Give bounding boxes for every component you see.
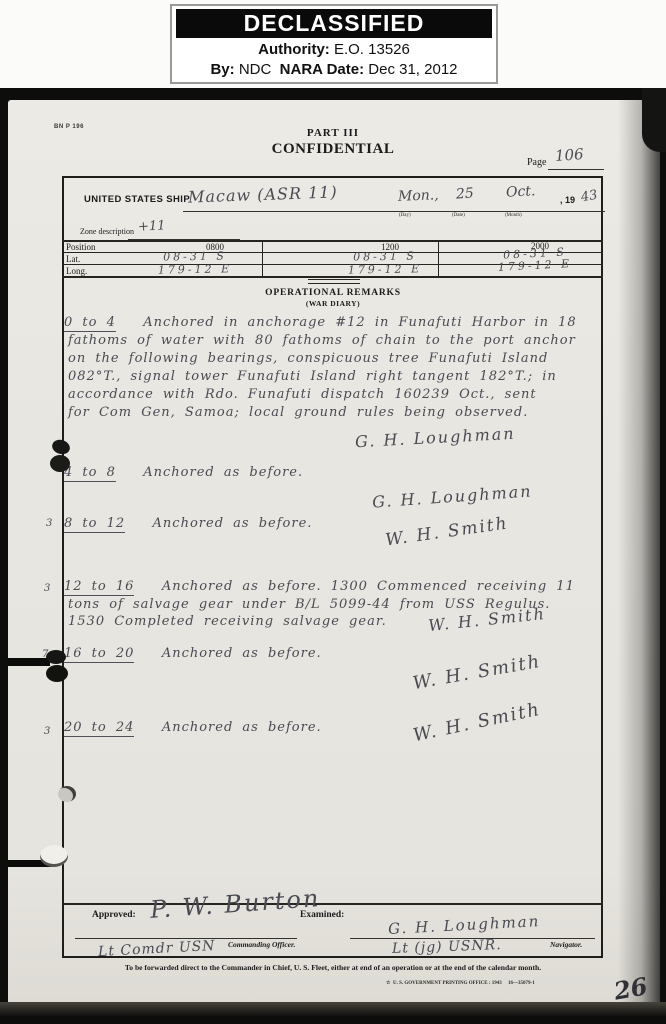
examined-label: Examined: [300,910,344,920]
approved-signature: P. W. Burton [149,884,321,924]
examined-signature: G. H. Loughman [388,912,541,938]
authority-value: E.O. 13526 [334,41,410,58]
declassified-title: DECLASSIFIED [176,9,492,38]
year-printed: , 19 [560,195,575,205]
entry-0-line-3: 082°T., signal tower Funafuti Island rig… [68,369,557,384]
page-right-edge-shadow [618,100,660,1003]
long-1200: 179-12 E [320,262,450,277]
entry-0-line-1: fathoms of water with 80 fathoms of chai… [68,333,576,348]
entry-0-time: 0 to 4 [64,315,116,332]
commanding-officer-label: Commanding Officer. [228,940,295,949]
ship-date-underline [183,210,605,212]
entry-3-line-2: 1530 Completed receiving salvage gear. [68,614,387,629]
remarks-subtitle: (WAR DIARY) [0,299,666,308]
table-corner-label: Position [66,242,96,252]
entry-3-time: 12 to 16 [64,579,134,596]
printing-office-note: U. S. GOVERNMENT PRINTING OFFICE : 1943 [393,981,502,986]
entry-1-signature: G. H. Loughman [372,481,534,511]
entry-5-signature: W. H. Smith [411,699,542,747]
long-0800: 179-12 E [130,262,260,277]
corner-number-handwritten: 26 [612,971,650,1005]
entry-0-line-0: Anchored in anchorage #12 in Funafuti Ha… [143,315,576,330]
entry-3-line-0: Anchored as before. 1300 Commenced recei… [162,579,575,594]
entry-1-line-0: Anchored as before. [143,465,303,480]
entry-4-line-0: Anchored as before. [162,646,322,661]
ship-label: UNITED STATES SHIP [84,194,190,205]
approved-label: Approved: [92,910,136,920]
zone-label: Zone description [80,227,134,236]
entry-4-margin-mark: 7 [42,649,48,660]
approval-divider-line [62,903,603,905]
entry-2-time: 8 to 12 [64,516,125,533]
declassified-stamp: DECLASSIFIED Authority: E.O. 13526 By: N… [170,4,498,84]
ship-name-handwritten: Macaw (ASR 11) [188,182,338,206]
punch-hole [46,665,68,682]
entry-3-margin-mark: 3 [44,583,50,594]
month-handwritten: Oct. [506,183,536,201]
entry-5-line-0: Anchored as before. [162,720,322,735]
punch-hole [46,650,66,664]
binding-tab [8,860,54,867]
date-handwritten: 25 [455,185,474,202]
entry-0-signature: G. H. Loughman [355,424,516,451]
navigator-label: Navigator. [550,940,582,949]
entry-0-line-2: on the following bearings, conspicuous t… [68,351,548,366]
entry-4-time: 16 to 20 [64,646,134,663]
entry-1-time: 4 to 8 [64,465,116,482]
day-caption: (Day) [399,213,411,218]
entry-5-time: 20 to 24 [64,720,134,737]
day-handwritten: Mon., [398,187,439,204]
entry-3-line-1: tons of salvage gear under B/L 5099-44 f… [68,597,550,612]
scanned-war-diary-page: DECLASSIFIED Authority: E.O. 13526 By: N… [0,0,666,1024]
star-icon: ☆ [386,981,390,986]
punch-hole [40,845,68,867]
approved-rank-handwritten: Lt Comdr USN [98,938,216,960]
remarks-title: OPERATIONAL REMARKS [0,288,666,298]
zone-value-handwritten: +11 [138,218,166,234]
punch-hole [50,438,71,457]
by-value: NDC [239,61,272,78]
nara-date-value: Dec 31, 2012 [368,61,457,78]
lat-row-label: Lat. [66,254,80,264]
entry-2-margin-mark: 3 [46,518,52,529]
entry-2-line-0: Anchored as before. [153,516,313,531]
long-row-label: Long. [66,266,87,276]
date-caption: (Date) [452,213,465,218]
entry-0-line-4: accordance with Rdo. Funafuti dispatch 1… [68,387,537,402]
entry-0-line-5: for Com Gen, Samoa; local ground rules b… [68,405,528,420]
entry-4-signature: W. H. Smith [411,651,543,694]
page-label: Page [527,157,546,168]
by-date-line: By: NDC NARA Date: Dec 31, 2012 [172,61,496,78]
print-code: 16—35079-1 [508,981,535,986]
page-number-handwritten: 106 [554,145,584,165]
part-heading: PART III [0,127,666,139]
examined-rank-handwritten: Lt (jg) USNR. [392,937,502,957]
forward-note: To be forwarded direct to the Commander … [0,963,666,972]
section-divider-rule [308,279,360,284]
entry-5-margin-mark: 3 [44,726,50,737]
authority-line: Authority: E.O. 13526 [172,41,496,58]
year-handwritten: 43 [580,188,599,206]
scan-bottom-band [0,1002,666,1016]
entry-2-signature: W. H. Smith [384,513,510,550]
page-number-underline [548,168,604,170]
month-caption: (Month) [505,213,522,218]
nara-date-label: NARA Date: [280,61,364,78]
by-label: By: [210,61,234,78]
punch-hole [58,786,76,802]
authority-label: Authority: [258,41,330,58]
